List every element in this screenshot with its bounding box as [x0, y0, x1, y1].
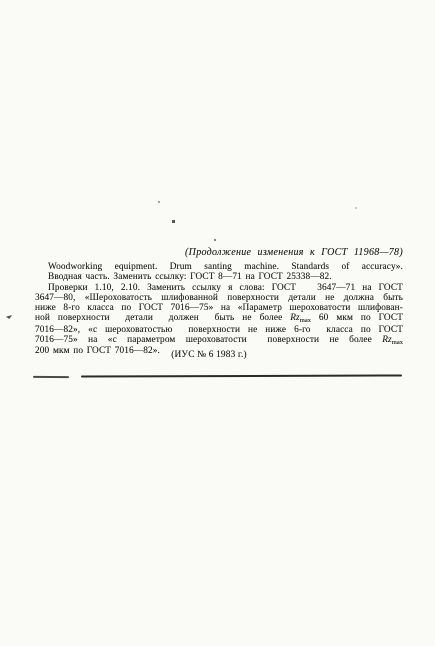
text-segment: ной поверхности детали должен быть не бо… — [35, 313, 290, 323]
scan-speck — [214, 239, 216, 241]
margin-mark — [6, 315, 12, 319]
rz-subscript: max — [300, 317, 311, 324]
text-line-intro-part: Вводная часть. Заменить ссылку: ГОСТ 8—7… — [35, 272, 403, 282]
scanned-page: (Продолжение изменения к ГОСТ 11968—78) … — [0, 0, 435, 646]
issue-note: (ИУС № 6 1983 г.) — [35, 350, 403, 360]
scan-speck — [172, 220, 175, 223]
continuation-note: (Продолжение изменения к ГОСТ 11968—78) — [35, 247, 403, 258]
rz-symbol: Rz — [290, 313, 300, 323]
text-line-english-title: Woodworking equipment. Drum santing mach… — [35, 262, 403, 272]
text-segment: 7016—75» на «с параметром шероховатости … — [35, 335, 382, 345]
scan-speck — [158, 201, 160, 203]
horizontal-rule-left-segment — [33, 376, 69, 378]
text-line-checks: Проверки 1.10, 2.10. Заменить ссылку я с… — [35, 283, 403, 293]
text-segment: 60 мкм по ГОСТ — [311, 313, 403, 323]
text-line: 7016—82», «с шероховатостью поверхности … — [35, 325, 403, 335]
text-line: 7016—75» на «с параметром шероховатости … — [35, 335, 403, 346]
text-line: 3647—80, «Шероховатость шлифованной пове… — [35, 293, 403, 303]
text-block: Woodworking equipment. Drum santing mach… — [35, 262, 403, 357]
text-line: ной поверхности детали должен быть не бо… — [35, 313, 403, 324]
scan-speck — [355, 207, 357, 209]
text-line: ниже 8-го класса по ГОСТ 7016—75» на «Па… — [35, 303, 403, 313]
rz-subscript: max — [392, 339, 403, 346]
rz-symbol: Rz — [382, 335, 392, 345]
horizontal-rule-main — [81, 374, 402, 377]
